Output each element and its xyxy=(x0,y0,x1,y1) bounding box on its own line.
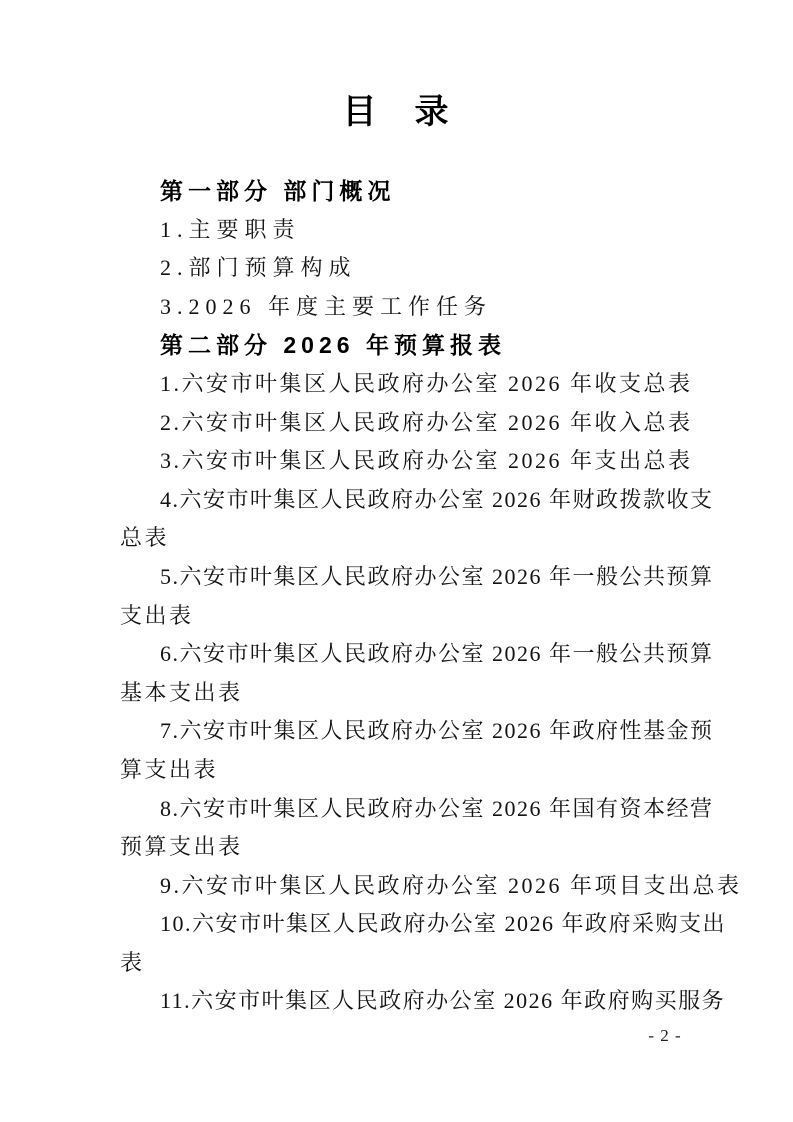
toc-item-line: 1.主要职责 xyxy=(120,211,672,250)
section-1-heading: 第一部分 部门概况 xyxy=(120,172,672,211)
toc-item-continuation-line: 预算支出表 xyxy=(120,828,672,867)
toc-item-continuation-line: 基本支出表 xyxy=(120,674,672,713)
toc-item-line: 1.六安市叶集区人民政府办公室 2026 年收支总表 xyxy=(120,365,672,404)
toc-item-line: 2.六安市叶集区人民政府办公室 2026 年收入总表 xyxy=(120,404,672,443)
page-title: 目 录 xyxy=(0,88,793,136)
toc-item-line: 11.六安市叶集区人民政府办公室 2026 年政府购买服务 xyxy=(120,982,672,1021)
toc-item-line: 2.部门预算构成 xyxy=(120,249,672,288)
toc-item-line: 6.六安市叶集区人民政府办公室 2026 年一般公共预算 xyxy=(120,635,672,674)
toc-item-line: 3.六安市叶集区人民政府办公室 2026 年支出总表 xyxy=(120,442,672,481)
toc-item-continuation-line: 总表 xyxy=(120,519,672,558)
toc-item-continuation-line: 表 xyxy=(120,944,672,983)
toc-item-line: 3.2026 年度主要工作任务 xyxy=(120,288,672,327)
toc-item-line: 10.六安市叶集区人民政府办公室 2026 年政府采购支出 xyxy=(120,905,672,944)
toc-item-continuation-line: 支出表 xyxy=(120,597,672,636)
section-2-heading: 第二部分 2026 年预算报表 xyxy=(120,326,672,365)
table-of-contents: 第一部分 部门概况 1.主要职责 2.部门预算构成 3.2026 年度主要工作任… xyxy=(120,172,672,1021)
toc-item-line: 9.六安市叶集区人民政府办公室 2026 年项目支出总表 xyxy=(120,867,672,906)
toc-item-continuation-line: 算支出表 xyxy=(120,751,672,790)
toc-item-line: 4.六安市叶集区人民政府办公室 2026 年财政拨款收支 xyxy=(120,481,672,520)
toc-item-line: 8.六安市叶集区人民政府办公室 2026 年国有资本经营 xyxy=(120,790,672,829)
toc-item-line: 5.六安市叶集区人民政府办公室 2026 年一般公共预算 xyxy=(120,558,672,597)
document-page: 目 录 第一部分 部门概况 1.主要职责 2.部门预算构成 3.2026 年度主… xyxy=(0,0,793,1122)
page-number: - 2 - xyxy=(600,1026,730,1046)
toc-item-line: 7.六安市叶集区人民政府办公室 2026 年政府性基金预 xyxy=(120,712,672,751)
